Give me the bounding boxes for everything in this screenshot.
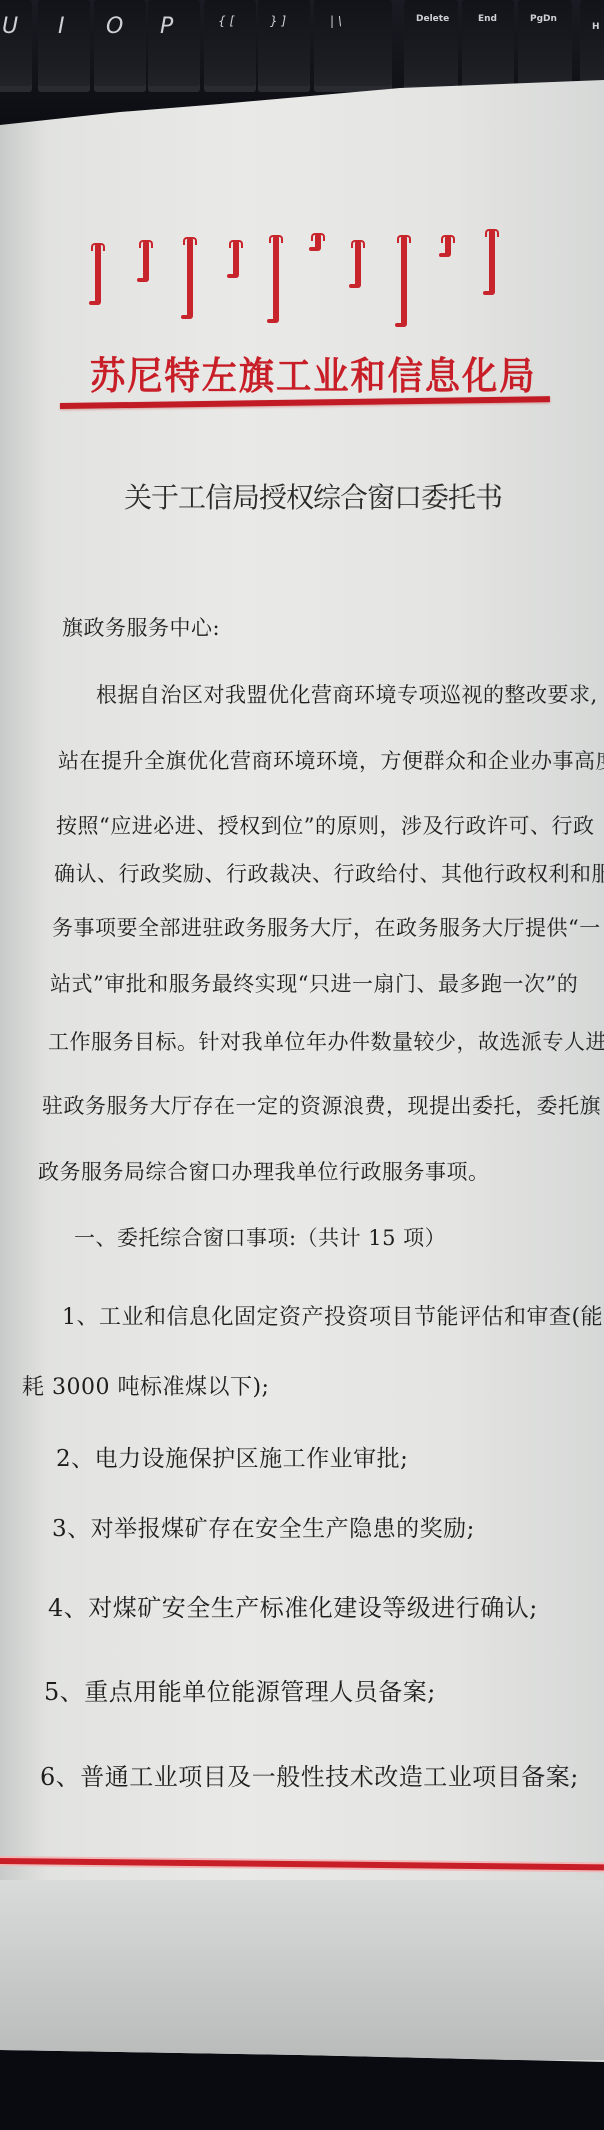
mongolian-glyph: [143, 240, 149, 282]
key-delete: Delete: [404, 0, 458, 92]
key-label: | \: [330, 14, 342, 28]
key-label: { [: [218, 14, 234, 28]
body-line: 确认、行政奖励、行政裁决、行政给付、其他行政权利和服: [54, 858, 604, 888]
key-end: End: [462, 0, 514, 92]
body-line: 务事项要全部进驻政务服务大厅，在政务服务大厅提供“一: [52, 912, 601, 942]
mongolian-glyph: [445, 235, 451, 257]
mongolian-glyph: [95, 243, 101, 305]
key-bracket-left: { [: [204, 0, 256, 92]
organization-name: 苏尼特左旗工业和信息化局: [90, 345, 490, 400]
mongolian-script-heading: [85, 235, 525, 325]
list-item: 5、重点用能单位能源管理人员备案;: [44, 1672, 436, 1707]
body-line: 工作服务目标。针对我单位年办件数量较少，故选派专人进: [48, 1026, 604, 1056]
key-label: End: [478, 14, 497, 24]
list-item: 4、对煤矿安全生产标准化建设等级进行确认;: [48, 1588, 538, 1623]
key-label: H: [592, 22, 600, 32]
key-home: H: [580, 0, 604, 92]
paper-shadow: [0, 1880, 604, 2060]
list-item: 6、普通工业项目及一般性技术改造工业项目备案;: [40, 1757, 579, 1792]
mongolian-glyph: [273, 235, 279, 323]
body-line: 站式”审批和服务最终实现“只进一扇门、最多跑一次”的: [50, 968, 578, 998]
key-pgdn: PgDn: [518, 0, 572, 92]
mongolian-glyph: [489, 229, 495, 295]
body-line: 按照“应进必进、授权到位”的原则，涉及行政许可、行政: [56, 810, 594, 840]
key-label: PgDn: [530, 14, 557, 24]
mongolian-glyph: [233, 240, 239, 278]
body-line: 政务服务局综合窗口办理我单位行政服务事项。: [38, 1156, 490, 1186]
key-bracket-right: } ]: [258, 0, 310, 92]
key-label: P: [160, 14, 173, 39]
list-item: 耗 3000 吨标准煤以下);: [22, 1370, 269, 1401]
key-i: I: [38, 0, 90, 92]
list-item: 1、工业和信息化固定资产投资项目节能评估和审查(能: [62, 1300, 603, 1331]
mongolian-glyph: [401, 235, 407, 327]
key-backslash: | \: [314, 0, 392, 92]
section-heading: 一、委托综合窗口事项:（共计 15 项）: [74, 1222, 446, 1252]
body-line: 驻政务服务大厅存在一定的资源浪费，现提出委托，委托旗: [42, 1090, 601, 1120]
key-label: Delete: [416, 14, 449, 24]
key-p: P: [148, 0, 200, 92]
body-line: 站在提升全旗优化营商环境环境，方便群众和企业办事高度,: [58, 745, 604, 775]
key-label: O: [106, 14, 123, 39]
key-u: U: [0, 0, 32, 92]
list-item: 3、对举报煤矿存在安全生产隐患的奖励;: [52, 1510, 475, 1543]
key-o: O: [94, 0, 146, 92]
key-label: } ]: [270, 14, 286, 28]
key-label: U: [2, 14, 18, 39]
key-label: I: [58, 14, 65, 39]
document-title: 关于工信局授权综合窗口委托书: [124, 476, 484, 516]
mongolian-glyph: [187, 237, 193, 319]
salutation: 旗政务服务中心:: [62, 612, 220, 642]
mongolian-glyph: [315, 233, 321, 251]
mongolian-glyph: [355, 240, 361, 288]
list-item: 2、电力设施保护区施工作业审批;: [56, 1440, 408, 1473]
body-line: 根据自治区对我盟优化营商环境专项巡视的整改要求,: [96, 679, 598, 709]
